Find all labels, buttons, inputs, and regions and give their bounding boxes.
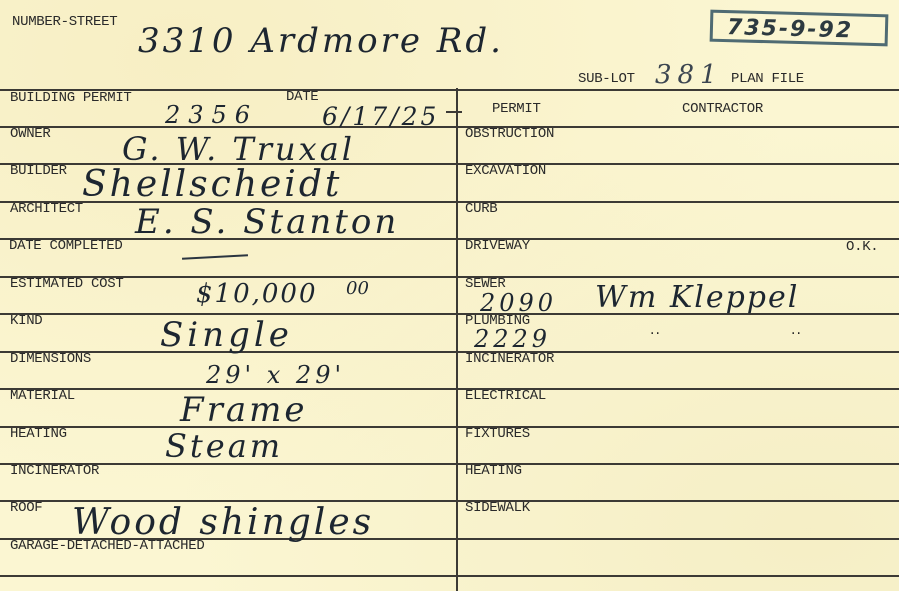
field-value-builder: Shellscheidt <box>82 167 342 203</box>
field-value-owner: G. W. Truxal <box>122 133 355 165</box>
contractor-column-header: CONTRACTOR <box>682 102 763 116</box>
permit-card: NUMBER-STREET 3310 Ardmore Rd. 735-9-92 … <box>0 0 899 591</box>
field-label-builder: BUILDER <box>10 164 67 178</box>
permit-row-label-obstruction: OBSTRUCTION <box>465 127 554 141</box>
permit-row-label-fixtures: FIXTURES <box>465 427 530 441</box>
field-value-kind: Single <box>160 318 293 352</box>
field-label-heating: HEATING <box>10 427 67 441</box>
permit-row-label-sidewalk: SIDEWALK <box>465 501 530 515</box>
rule-line <box>0 463 899 465</box>
field-label-estimated-cost: ESTIMATED COST <box>10 277 123 291</box>
field-label-roof: ROOF <box>10 501 42 515</box>
permit-row-label-driveway: DRIVEWAY <box>465 239 530 253</box>
building-permit-value: 2356 <box>165 103 258 127</box>
permit-row-label-electrical: ELECTRICAL <box>465 389 546 403</box>
date-label: DATE <box>286 90 318 104</box>
field-value-estimated-cost: $10,000 <box>196 281 318 307</box>
permit-row-label-excavation: EXCAVATION <box>465 164 546 178</box>
field-label-incinerator: INCINERATOR <box>10 464 99 478</box>
date-completed-dash <box>182 254 248 259</box>
permit-column-header: PERMIT <box>492 102 541 116</box>
rule-line <box>0 426 899 428</box>
sewer-contractor-value: Wm Kleppel <box>595 283 799 313</box>
plumbing-contractor-ditto-1: .. <box>650 322 661 338</box>
field-label-kind: KIND <box>10 314 42 328</box>
field-value-cents: 00 <box>346 280 369 298</box>
field-label-dimensions: DIMENSIONS <box>10 352 91 366</box>
sub-lot-label: SUB-LOT <box>578 72 635 86</box>
field-value-dimensions: 29' x 29' <box>206 363 345 387</box>
column-divider <box>456 88 458 591</box>
field-label-architect: ARCHITECT <box>10 202 83 216</box>
field-label-date-completed: DATE COMPLETED <box>9 239 122 253</box>
driveway-note: O.K. <box>846 240 878 254</box>
stamp-number: 735-9-92 <box>727 15 854 43</box>
plumbing-contractor-ditto-2: .. <box>791 322 802 338</box>
stamp-box: 735-9-92 <box>710 10 889 47</box>
date-value: 6/17/25 <box>322 104 439 129</box>
field-value-heating: Steam <box>165 430 283 462</box>
plumbing-permit-value: 2229 <box>474 327 551 351</box>
permit-row-label-incinerator: INCINERATOR <box>465 352 554 366</box>
plan-file-label: PLAN FILE <box>731 72 804 86</box>
rule-line <box>0 276 899 278</box>
rule-line <box>0 89 899 91</box>
permit-row-label-heating: HEATING <box>465 464 522 478</box>
field-label-owner: OWNER <box>10 127 51 141</box>
number-street-value: 3310 Ardmore Rd. <box>138 24 504 58</box>
rule-line <box>0 126 899 128</box>
rule-line <box>0 388 899 390</box>
sewer-permit-value: 2090 <box>480 291 557 315</box>
building-permit-label: BUILDING PERMIT <box>10 91 132 105</box>
divider-tick <box>446 111 462 113</box>
permit-row-label-curb: CURB <box>465 202 497 216</box>
field-value-material: Frame <box>180 393 307 427</box>
rule-line <box>0 575 899 577</box>
rule-line <box>0 351 899 353</box>
field-value-architect: E. S. Stanton <box>135 205 399 239</box>
number-street-label: NUMBER-STREET <box>12 15 117 29</box>
field-label-garage-detached-attached: GARAGE-DETACHED-ATTACHED <box>10 539 204 553</box>
sub-lot-value: 381 <box>655 62 723 88</box>
field-label-material: MATERIAL <box>10 389 75 403</box>
field-value-roof: Wood shingles <box>72 505 374 541</box>
